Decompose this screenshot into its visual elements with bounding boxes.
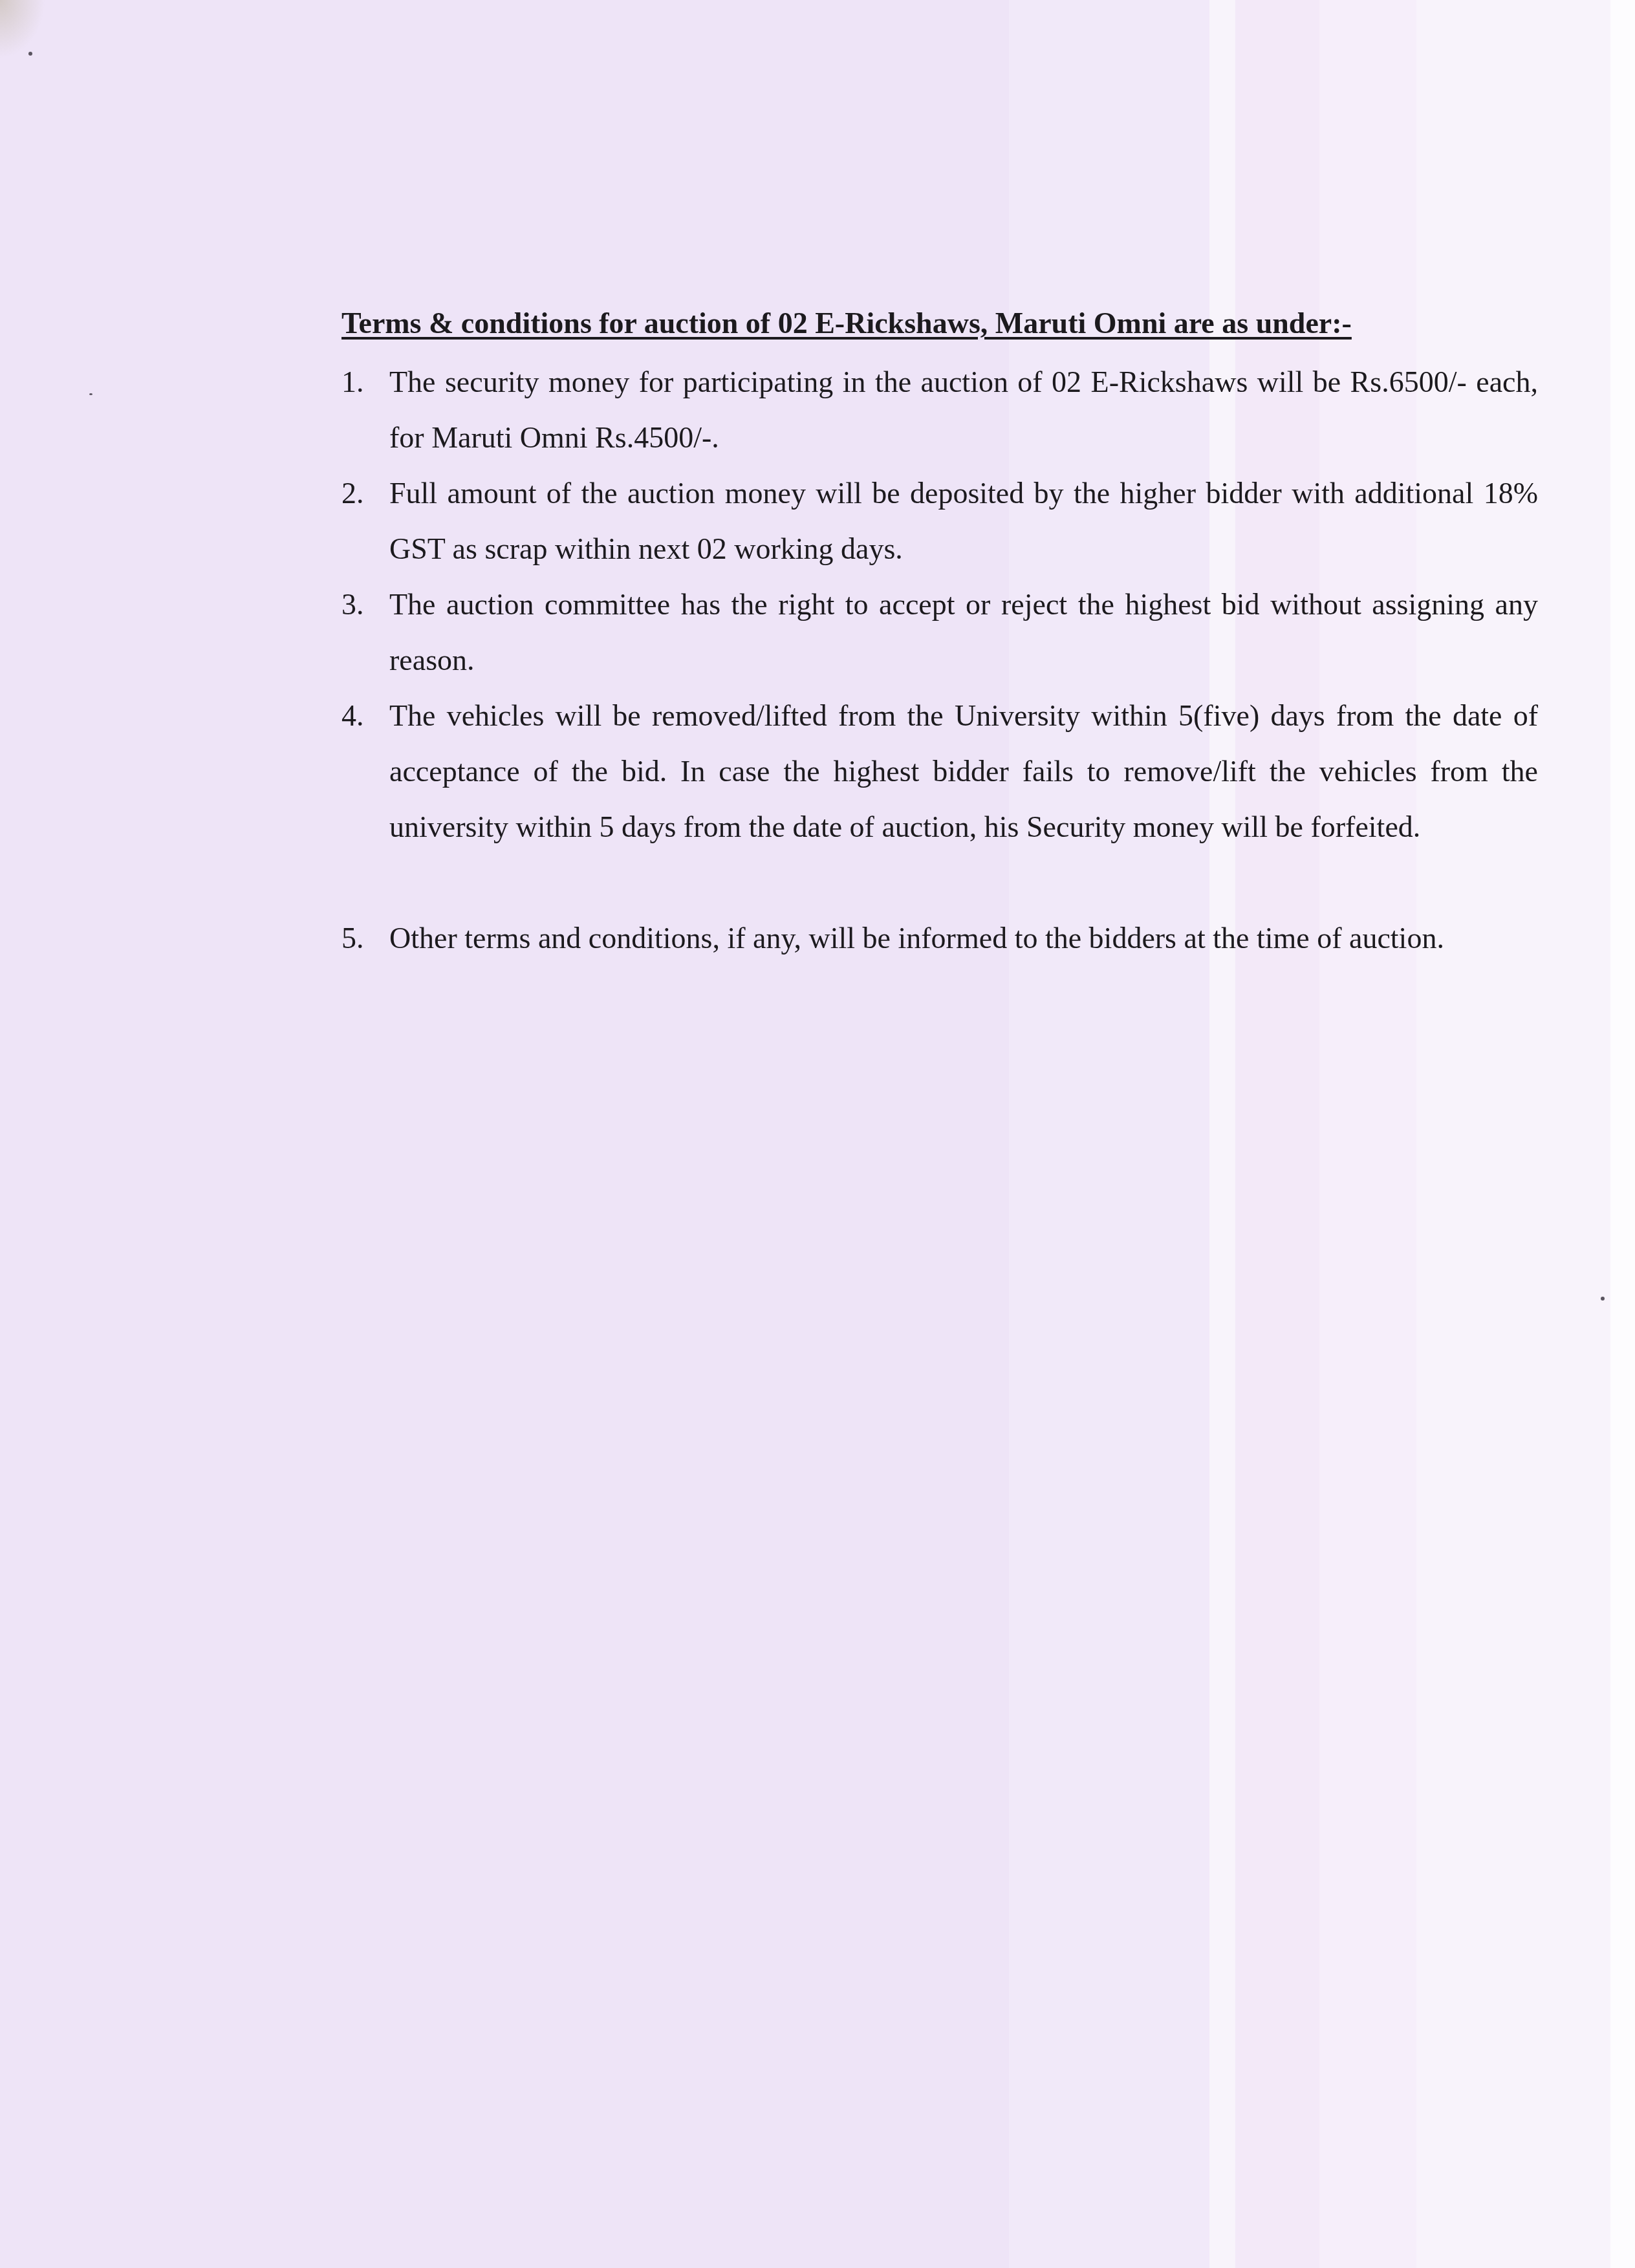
scan-speck	[28, 52, 32, 56]
term-number: 5.	[341, 911, 364, 966]
scan-speck	[89, 393, 92, 395]
term-item: 2. Full amount of the auction money will…	[341, 466, 1538, 577]
term-item: 5. Other terms and conditions, if any, w…	[341, 911, 1538, 966]
term-text: Full amount of the auction money will be…	[389, 477, 1538, 565]
terms-list: 1. The security money for participating …	[341, 354, 1538, 966]
term-item: 4. The vehicles will be removed/lifted f…	[341, 688, 1538, 855]
term-number: 1.	[341, 354, 364, 410]
term-number: 2.	[341, 466, 364, 521]
document-body: Terms & conditions for auction of 02 E-R…	[341, 304, 1538, 966]
term-text: The security money for participating in …	[389, 365, 1538, 454]
term-number: 3.	[341, 577, 364, 632]
corner-stain	[0, 0, 45, 58]
term-text: The vehicles will be removed/lifted from…	[389, 699, 1538, 843]
term-text: Other terms and conditions, if any, will…	[389, 922, 1444, 955]
scan-speck	[1601, 1297, 1605, 1301]
document-heading: Terms & conditions for auction of 02 E-R…	[341, 304, 1538, 343]
term-item: 1. The security money for participating …	[341, 354, 1538, 466]
scan-edge	[1610, 0, 1635, 2268]
term-number: 4.	[341, 688, 364, 744]
term-text: The auction committee has the right to a…	[389, 588, 1538, 676]
term-item: 3. The auction committee has the right t…	[341, 577, 1538, 688]
